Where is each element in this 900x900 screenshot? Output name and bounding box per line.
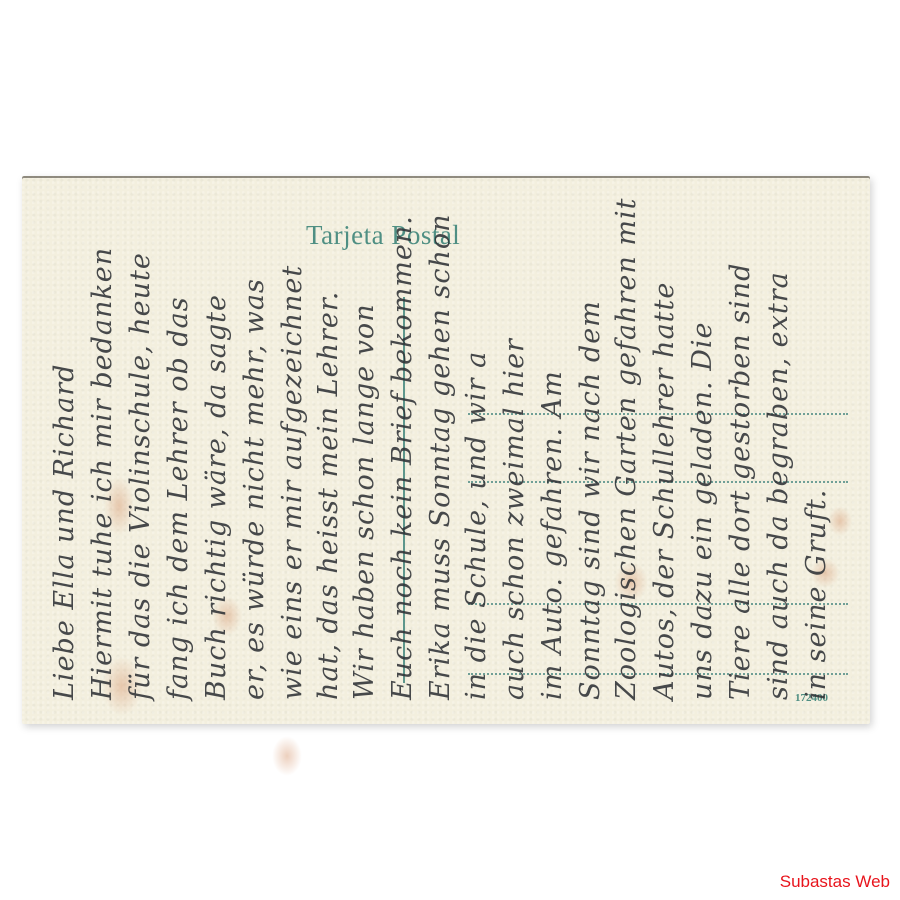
postcard-back: Tarjeta Postal 172400 Liebe Ella und Ric… bbox=[22, 176, 870, 724]
handwriting-line: Buch richtig wäre, da sagte bbox=[201, 294, 232, 700]
handwriting-line: Erika muss Sonntag gehen schon bbox=[425, 213, 456, 700]
handwriting-line: Sonntag sind wir nach dem bbox=[575, 300, 606, 700]
stain bbox=[272, 736, 302, 776]
handwriting-line: auch schon zweimal hier bbox=[499, 338, 530, 700]
handwriting-line: für das die Violinschule, heute bbox=[125, 252, 156, 700]
handwriting-line: sind auch da begraben, extra bbox=[763, 271, 794, 700]
handwriting-line: im Auto. gefahren. Am bbox=[537, 370, 568, 700]
handwriting-line: in die Schule, und wir a bbox=[461, 351, 492, 700]
handwriting-line: Autos, der Schullehrer hatte bbox=[649, 282, 680, 700]
handwriting-line: Liebe Ella und Richard bbox=[49, 364, 80, 700]
handwriting-line: wie eins er mir aufgezeichnet bbox=[277, 265, 308, 700]
handwriting-line: Zoologischen Garten gefahren mit bbox=[611, 198, 642, 700]
handwriting-line: er, es würde nicht mehr, was bbox=[239, 278, 270, 700]
handwriting-line: Wir haben schon lange von bbox=[349, 303, 380, 700]
handwriting-line: Hiermit tuhe ich mir bedanken bbox=[87, 247, 118, 700]
handwriting-line: hat, das heisst mein Lehrer. bbox=[313, 291, 344, 700]
handwriting-line: Euch noch kein Brief bekommen. bbox=[387, 215, 418, 700]
handwriting-line: in seine Gruft. bbox=[801, 489, 832, 700]
handwriting-line: uns dazu ein geladen. Die bbox=[687, 322, 718, 700]
handwriting-line: Tiere alle dort gestorben sind bbox=[725, 263, 756, 700]
watermark: Subastas Web bbox=[780, 872, 890, 892]
handwriting-line: fang ich dem Lehrer ob das bbox=[163, 296, 194, 700]
